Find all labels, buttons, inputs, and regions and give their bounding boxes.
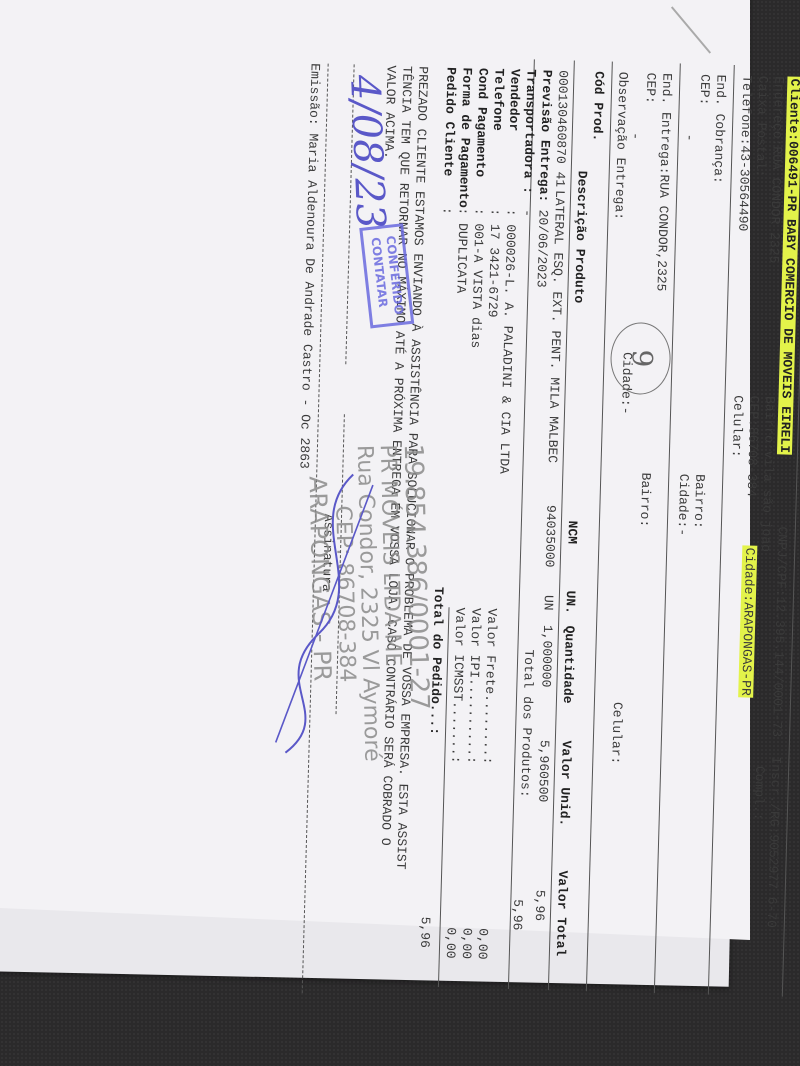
- handwritten-circle-mark: 9: [610, 322, 672, 396]
- col-header-descricao: Descrição Produto: [570, 171, 590, 304]
- cell-un: UN: [539, 595, 556, 611]
- entrega-celular: Celular:: [607, 702, 625, 765]
- col-header-valor-unid: Valor Unid.: [555, 740, 574, 826]
- observacao-entrega: Observação Entrega:: [610, 72, 630, 221]
- pedido-cliente-label: Pedido Cliente: [439, 67, 458, 177]
- col-header-ncm: NCM: [563, 520, 580, 544]
- divider: [708, 65, 735, 995]
- handwritten-date: 4/08/23: [339, 74, 395, 230]
- valor-frete-value: 0,00: [473, 928, 490, 960]
- col-header-un: UN.: [561, 590, 578, 614]
- telefone-label: Telefone: [489, 68, 507, 131]
- entrega-cep: CEP:: [641, 72, 658, 104]
- divider: [508, 59, 535, 989]
- caixa-postal-field: Caixa Postal:: [751, 76, 770, 178]
- cell-valor-unid: 5,960500: [534, 740, 552, 803]
- forma-pagamento-value: : DUPLICATA: [452, 207, 471, 293]
- cnpj-field: CNPJ/CPF:12.395.144/0001-73: [768, 526, 790, 737]
- vendedor-label: Vendedor: [505, 69, 523, 132]
- celular-field: Celular:: [728, 395, 746, 458]
- cond-pagamento-label: Cond Pagamento: [471, 68, 490, 178]
- col-header-quantidade: Quantidade: [559, 625, 577, 703]
- assistencia-tecnica-document: ||| Luapa móveis L. A. PALADINI E CIA LT…: [188, 40, 800, 1019]
- pedido-cliente-value: :: [438, 207, 454, 215]
- cell-quantidade: 1,000000: [537, 625, 555, 688]
- divider: [586, 62, 613, 992]
- cobranca-bairro: Bairro:: [690, 474, 708, 529]
- cobranca-cep-value: -: [680, 133, 696, 141]
- compl-field: Compl.:: [749, 766, 767, 821]
- cidade-field: Cidade:ARAPONGAS-PR: [738, 545, 757, 698]
- col-header-cod-prod: Cód Prod.: [588, 71, 606, 142]
- transportadora-value: -: [518, 209, 534, 217]
- cell-ncm: 94035000: [540, 505, 558, 568]
- entrega-bairro: Bairro:: [636, 472, 654, 527]
- telefone-value: : 17 3421-6729: [483, 208, 502, 318]
- telefone-field: Telefone:43-30564490: [734, 75, 755, 231]
- valor-ipi-value: 0,00: [457, 928, 474, 960]
- cobranca-end: End. Cobrança:: [709, 74, 728, 184]
- total-pedido-value: 5,96: [416, 916, 433, 948]
- entrega-end: End. Entrega:RUA CONDOR,2325: [652, 73, 674, 292]
- handwritten-signature: [255, 462, 383, 765]
- cobranca-cidade: Cidade:-: [673, 473, 691, 536]
- col-header-valor-total: Valor Total: [552, 870, 571, 956]
- entrega-cep-value: -: [626, 132, 642, 140]
- valor-icmsst-value: 0,00: [441, 927, 458, 959]
- cobranca-cep: CEP:: [695, 74, 712, 106]
- total-produtos-label: Total dos Produtos:: [516, 649, 536, 798]
- cell-valor-total: 5,96: [531, 890, 548, 922]
- previsao-value: 20/06/2023: [532, 209, 550, 287]
- cep-field: CEP:86708-384: [742, 395, 761, 497]
